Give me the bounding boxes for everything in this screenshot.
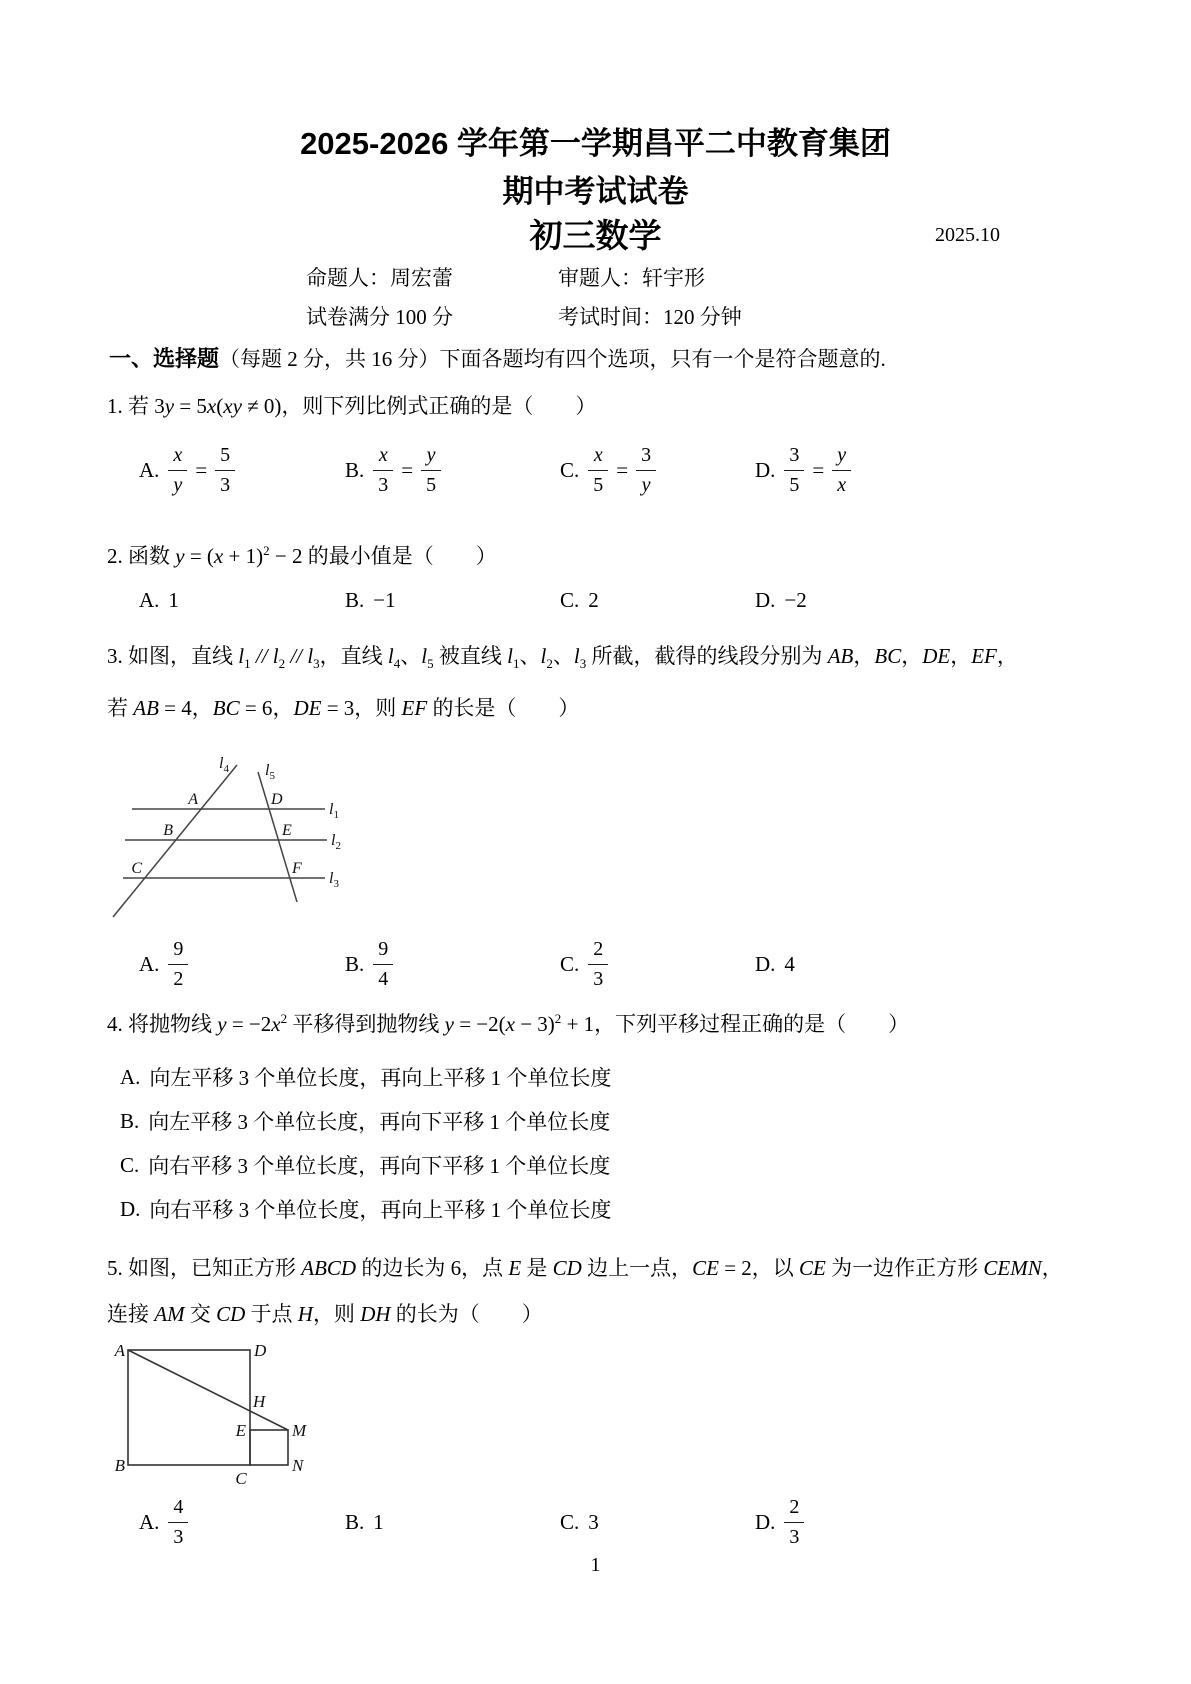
option-label: A. <box>139 588 159 613</box>
q4-option-a: A.向左平移 3 个单位长度，再向上平移 1 个单位长度 <box>120 1062 611 1092</box>
option-label: C. <box>560 952 579 977</box>
point-label-d: D <box>253 1341 267 1360</box>
option-label: B. <box>345 458 364 483</box>
full-score: 试卷满分 100 分 <box>306 301 453 331</box>
line-label-l5: l5 <box>265 762 275 782</box>
q2-option-b: B.−1 <box>345 588 396 613</box>
q5-stem-line1: 5. 如图，已知正方形 ABCD 的边长为 6，点 E 是 CD 边上一点，CE… <box>107 1252 1063 1282</box>
q5-option-b: B.1 <box>345 1488 384 1556</box>
equals-sign: = <box>401 458 413 483</box>
q2-stem: 2. 函数 y = (x + 1)2 − 2 的最小值是（ ） <box>107 540 497 570</box>
line-label-l1: l1 <box>329 801 339 821</box>
fraction: 94 <box>373 938 393 990</box>
option-label: A. <box>120 1065 140 1090</box>
q4-option-d: D.向右平移 3 个单位长度，再向上平移 1 个单位长度 <box>120 1194 611 1224</box>
point-label-e: E <box>235 1421 247 1440</box>
page-number: 1 <box>0 1554 1191 1577</box>
point-label-d: D <box>270 791 283 808</box>
fraction: 23 <box>588 938 608 990</box>
segment-am <box>128 1350 288 1430</box>
q3-option-a: A. 92 <box>139 930 188 998</box>
option-label: A. <box>139 952 159 977</box>
point-label-a: A <box>187 791 198 808</box>
fraction: xy <box>168 444 187 496</box>
line-label-l3: l3 <box>329 870 339 890</box>
q2-option-c: C.2 <box>560 588 599 613</box>
q5-stem-line2: 连接 AM 交 CD 于点 H，则 DH 的长为（ ） <box>107 1298 543 1328</box>
exam-subject: 初三数学 <box>0 210 1191 257</box>
point-label-n: N <box>291 1456 305 1475</box>
fraction: y5 <box>421 444 441 496</box>
q5-option-d: D. 23 <box>755 1488 804 1556</box>
fraction: 53 <box>215 444 235 496</box>
exam-title-line1: 2025-2026 学年第一学期昌平二中教育集团 <box>0 118 1191 163</box>
exam-duration: 考试时间：120 分钟 <box>558 301 742 331</box>
fraction: x5 <box>588 444 608 496</box>
q1-option-b: B. x3 = y5 <box>345 436 441 504</box>
fraction: 3y <box>636 444 656 496</box>
fraction: 43 <box>168 1496 188 1548</box>
line-label-l4: l4 <box>219 755 229 775</box>
q1-option-d: D. 35 = yx <box>755 436 851 504</box>
point-label-c: C <box>131 860 142 877</box>
q4-option-c: C.向右平移 3 个单位长度，再向下平移 1 个单位长度 <box>120 1150 610 1180</box>
square-cemn <box>250 1430 288 1465</box>
option-label: D. <box>755 588 775 613</box>
reviewer: 审题人：轩宇形 <box>558 262 705 292</box>
point-label-h: H <box>252 1392 267 1411</box>
point-label-f: F <box>291 860 302 877</box>
option-label: B. <box>120 1109 139 1134</box>
option-label: C. <box>560 1510 579 1535</box>
option-label: D. <box>755 458 775 483</box>
proposer: 命题人：周宏蕾 <box>306 262 453 292</box>
q4-stem: 4. 将抛物线 y = −2x2 平移得到抛物线 y = −2(x − 3)2 … <box>107 1008 909 1038</box>
exam-date: 2025.10 <box>935 224 1000 247</box>
fraction: x3 <box>373 444 393 496</box>
q1-stem: 1. 若 3y = 5x(xy ≠ 0)，则下列比例式正确的是（ ） <box>107 390 596 420</box>
section-heading: 一、选择题（每题 2 分，共 16 分）下面各题均有四个选项，只有一个是符合题意… <box>109 342 886 373</box>
equals-sign: = <box>812 458 824 483</box>
section-desc: （每题 2 分，共 16 分）下面各题均有四个选项，只有一个是符合题意的. <box>219 347 886 371</box>
q2-option-a: A.1 <box>139 588 179 613</box>
square-abcd <box>128 1350 250 1465</box>
fraction: yx <box>832 444 851 496</box>
q2-option-d: D.−2 <box>755 588 807 613</box>
q5-figure: A D B C E M N H <box>103 1338 318 1493</box>
fraction: 92 <box>168 938 188 990</box>
option-label: A. <box>139 1510 159 1535</box>
transversal-l4 <box>113 765 237 917</box>
option-label: C. <box>560 458 579 483</box>
fraction: 35 <box>784 444 804 496</box>
exam-title-line2: 期中考试试卷 <box>0 166 1191 211</box>
fraction: 23 <box>784 1496 804 1548</box>
point-label-a: A <box>114 1341 126 1360</box>
q4-option-b: B.向左平移 3 个单位长度，再向下平移 1 个单位长度 <box>120 1106 610 1136</box>
equals-sign: = <box>616 458 628 483</box>
option-label: C. <box>120 1153 139 1178</box>
q1-option-c: C. x5 = 3y <box>560 436 656 504</box>
option-label: D. <box>755 952 775 977</box>
equals-sign: = <box>195 458 207 483</box>
line-label-l2: l2 <box>331 832 341 852</box>
q5-option-a: A. 43 <box>139 1488 188 1556</box>
point-label-c: C <box>235 1469 247 1488</box>
point-label-b: B <box>163 822 173 839</box>
q3-figure: A B C D E F l1 l2 l3 l4 l5 <box>95 750 345 925</box>
q3-option-c: C. 23 <box>560 930 608 998</box>
q1-option-a: A. xy = 53 <box>139 436 235 504</box>
option-label: A. <box>139 458 159 483</box>
option-label: B. <box>345 952 364 977</box>
option-label: B. <box>345 588 364 613</box>
q3-option-b: B. 94 <box>345 930 393 998</box>
q3-stem-line2: 若 AB = 4，BC = 6，DE = 3，则 EF 的长是（ ） <box>107 692 579 722</box>
point-label-e: E <box>281 822 292 839</box>
point-label-b: B <box>115 1456 126 1475</box>
section-label: 一、选择题 <box>109 346 219 371</box>
point-label-m: M <box>291 1421 307 1440</box>
option-label: C. <box>560 588 579 613</box>
option-label: B. <box>345 1510 364 1535</box>
q5-option-c: C.3 <box>560 1488 599 1556</box>
option-label: D. <box>755 1510 775 1535</box>
option-label: D. <box>120 1197 140 1222</box>
q3-stem-line1: 3. 如图，直线 l1 // l2 // l3，直线 l4、l5 被直线 l1、… <box>107 640 1018 672</box>
q3-option-d: D.4 <box>755 930 795 998</box>
exam-paper-page: 2025-2026 学年第一学期昌平二中教育集团 期中考试试卷 初三数学 202… <box>0 0 1191 1684</box>
